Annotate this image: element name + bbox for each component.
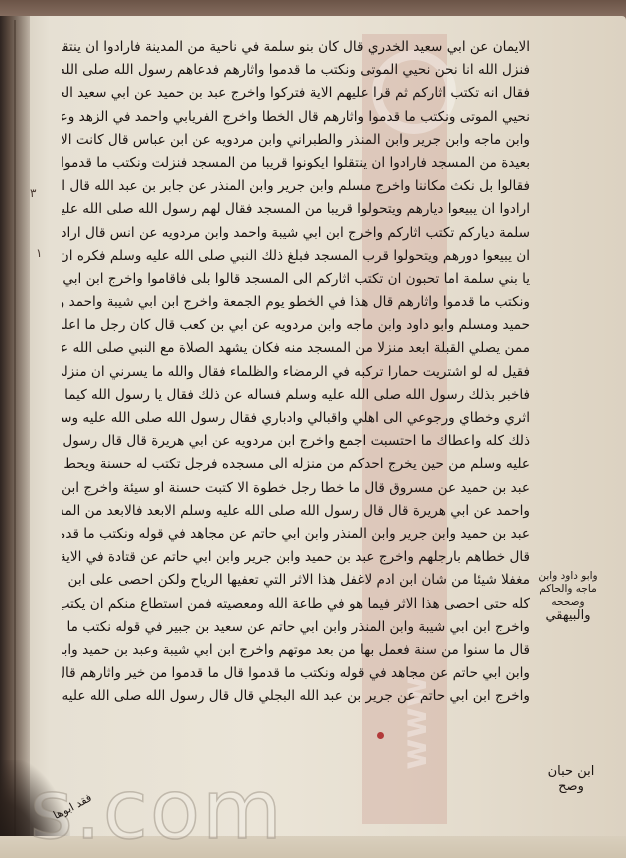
text-line: واحمد عن ابي هريرة قال قال رسول الله صلى…	[62, 500, 530, 523]
text-line: مغفلا شيئا من شان ابن ادم لاغفل هذا الاث…	[62, 569, 530, 592]
margin-note-sources: وابو داود وابن ماجه والحاكم وصححه والبيه…	[528, 570, 608, 622]
text-line: ارادوا ان يبيعوا ديارهم ويتحولوا قريبا م…	[62, 198, 530, 221]
text-line: فقالوا بل نكث مكاننا واخرج مسلم وابن جري…	[62, 175, 530, 198]
margin-mark: ١	[36, 246, 42, 260]
text-line: ذلك كله واعطاك ما احتسبت اجمع واخرج ابن …	[62, 430, 530, 453]
text-line: ان يبيعوا دورهم ويتحولوا قرب المسجد فبلغ…	[62, 245, 530, 268]
text-line: وابن ابي حاتم عن مجاهد في قوله ونكتب ما …	[62, 662, 530, 685]
text-line: فقال انه تكتب اثاركم ثم قرا عليهم الاية …	[62, 82, 530, 105]
text-line: فنزل الله انا نحن نحيي الموتى ونكتب ما ق…	[62, 59, 530, 82]
text-line: بعيدة من المسجد فارادوا ان ينتقلوا ايكون…	[62, 152, 530, 175]
text-line: ممن يصلي القبلة ابعد منزلا من المسجد منه…	[62, 337, 530, 360]
rubric-dot-icon	[377, 732, 384, 739]
text-line: اثري وخطاي ورجوعي الى اهلي واقبالي وادبا…	[62, 407, 530, 430]
margin-note-line: والبيهقي	[528, 609, 608, 622]
page-fold-line	[14, 20, 16, 840]
text-line: عليه وسلم من حين يخرج احدكم من منزله الى…	[62, 453, 530, 476]
text-line: وابن ماجه وابن جرير وابن المنذر والطبران…	[62, 129, 530, 152]
text-line: فاخبر بذلك رسول الله صلى الله عليه وسلم …	[62, 384, 530, 407]
margin-mark: ٣	[30, 186, 36, 200]
margin-note-line: وابو داود وابن	[528, 570, 608, 583]
text-line: قال ما سنوا من سنة فعمل بها من بعد موتهم…	[62, 639, 530, 662]
text-line: كله حتى احصى هذا الاثر فيما هو في طاعة ا…	[62, 593, 530, 616]
text-line: الايمان عن ابي سعيد الخدري قال كان بنو س…	[62, 36, 530, 59]
text-line: حميد ومسلم وابو داود وابن ماجه وابن مردو…	[62, 314, 530, 337]
margin-note-line: ماجه والحاكم وصححه	[528, 583, 608, 609]
text-line: عبد بن حميد وابن جرير وابن المنذر وابن ا…	[62, 523, 530, 546]
text-line: ونكتب ما قدموا واثارهم قال هذا في الخطو …	[62, 291, 530, 314]
text-line: نحيي الموتى ونكتب ما قدموا واثارهم قال ا…	[62, 106, 530, 129]
text-line: واخرج ابن ابي حاتم عن جرير بن عبد الله ا…	[62, 685, 530, 708]
text-line: عبد بن حميد عن مسروق قال ما خطا رجل خطوة…	[62, 477, 530, 500]
margin-note-ibn-hibban: ابن حبان وصح	[536, 764, 606, 794]
text-line: قال خطاهم بارجلهم واخرج عبد بن حميد وابن…	[62, 546, 530, 569]
text-line: يا بني سلمة اما تحبون ان تكتب اثاركم الى…	[62, 268, 530, 291]
text-line: فقيل له لو اشتريت حمارا تركبه في الرمضاء…	[62, 361, 530, 384]
main-text-block: الايمان عن ابي سعيد الخدري قال كان بنو س…	[62, 36, 530, 708]
text-line: سلمة دياركم تكتب اثاركم واخرج ابن ابي شي…	[62, 222, 530, 245]
text-line: واخرج ابن ابي شيبة وابن المنذر وابن ابي …	[62, 616, 530, 639]
